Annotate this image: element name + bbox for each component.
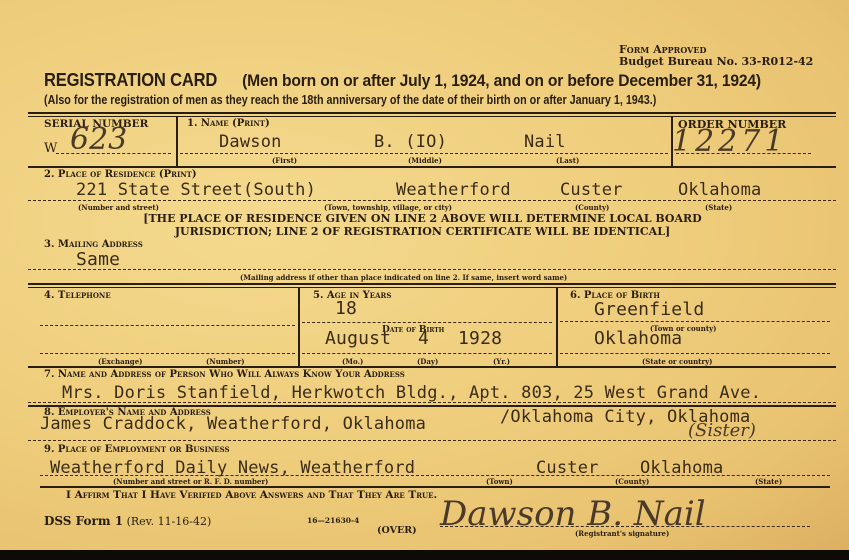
residence-line: [28, 200, 836, 201]
contact-person-label: 7. Name and Address of Person Who Will A…: [44, 369, 405, 380]
divider: [176, 116, 178, 166]
card-title-qualifier: (Men born on or after July 1, 1924, and …: [242, 71, 761, 90]
jurisdiction-notice-line1: [THE PLACE OF RESIDENCE GIVEN ON LINE 2 …: [100, 212, 745, 225]
rule: [40, 486, 830, 488]
dob-line: [302, 353, 552, 354]
caption-year: (Yr.): [493, 357, 510, 366]
employer-handwritten-note: (Sister): [688, 420, 756, 441]
registrant-signature: Dawson B. Nail: [440, 494, 706, 534]
dob-month: August: [325, 328, 391, 349]
residence-state: Oklahoma: [678, 180, 761, 200]
caption-street: (Number and street): [78, 203, 159, 212]
card-title-main: REGISTRATION CARD: [44, 70, 217, 90]
card-subtitle: (Also for the registration of men as the…: [44, 93, 656, 107]
caption-county: (County): [575, 203, 609, 212]
rule: [28, 166, 836, 168]
dob-year: 1928: [458, 328, 502, 349]
telephone-line-2: [40, 353, 295, 354]
caption-last: (Last): [556, 156, 579, 165]
contact-person-line: [28, 402, 836, 403]
name-line: [180, 153, 668, 154]
rule: [28, 366, 836, 368]
age-value: 18: [335, 298, 357, 319]
contact-person-value: Mrs. Doris Stanfield, Herkwotch Bldg., A…: [62, 383, 761, 403]
birthplace-state: Oklahoma: [594, 328, 682, 349]
name-last: Nail: [524, 132, 566, 152]
birthplace-town-line: [560, 321, 830, 322]
caption-emp-state: (State): [755, 477, 782, 486]
form-revision: (Rev. 11-16-42): [127, 515, 212, 528]
rule: [28, 287, 836, 288]
residence-county: Custer: [560, 180, 623, 200]
employment-place-label: 9. Place of Employment or Business: [44, 444, 230, 455]
caption-first: (First): [272, 156, 297, 165]
employer-value: James Craddock, Weatherford, Oklahoma: [40, 414, 426, 434]
caption-emp-town: (Town): [486, 477, 513, 486]
signature-caption: (Registrant's signature): [575, 529, 669, 538]
jurisdiction-notice-line2: JURISDICTION; LINE 2 OF REGISTRATION CER…: [100, 225, 745, 238]
rule: [28, 283, 836, 285]
birthplace-town: Greenfield: [594, 299, 704, 320]
caption-town: (Town, township, village, or city): [324, 203, 452, 212]
name-label: 1. Name (Print): [187, 118, 270, 129]
age-line: [302, 322, 552, 323]
order-line: [676, 153, 811, 154]
caption-number: (Number): [206, 357, 245, 366]
caption-middle: (Middle): [408, 156, 442, 165]
mailing-value: Same: [76, 249, 120, 270]
caption-month: (Mo.): [342, 357, 363, 366]
dob-day: 4: [418, 328, 429, 349]
caption-day: (Day): [417, 357, 438, 366]
mailing-line: [28, 269, 836, 270]
residence-label: 2. Place of Residence (Print): [44, 169, 197, 180]
divider: [298, 288, 300, 366]
caption-state: (State): [705, 203, 732, 212]
birthplace-state-line: [560, 353, 830, 354]
signature-line: [440, 526, 810, 527]
name-middle: B. (IO): [374, 132, 447, 152]
registration-card: Form Approved Budget Bureau No. 33-R012-…: [0, 0, 849, 550]
card-title: REGISTRATION CARD (Men born on or after …: [44, 70, 761, 91]
divider: [556, 288, 558, 366]
residence-town: Weatherford: [396, 180, 511, 200]
telephone-line-1: [40, 325, 295, 326]
jurisdiction-notice: [THE PLACE OF RESIDENCE GIVEN ON LINE 2 …: [100, 212, 745, 238]
telephone-label: 4. Telephone: [44, 290, 111, 301]
rule-top: [28, 112, 836, 114]
dob-label: Date of Birth: [382, 325, 444, 335]
form-id-block: DSS Form 1 (Rev. 11-16-42): [44, 514, 211, 528]
birthplace-state-caption: (State or country): [642, 357, 712, 366]
caption-exchange: (Exchange): [98, 357, 142, 366]
form-id: DSS Form 1: [44, 514, 123, 528]
residence-street: 221 State Street(South): [76, 180, 316, 200]
budget-bureau-number: Budget Bureau No. 33-R012-42: [619, 56, 813, 68]
caption-emp-county: (County): [615, 477, 649, 486]
caption-emp-street: (Number and street or R. F. D. number): [113, 477, 268, 486]
employment-place-line: [40, 475, 830, 476]
mailing-caption: (Mailing address if other than place ind…: [240, 273, 567, 282]
over-label: (OVER): [377, 525, 417, 536]
serial-number-value: 623: [70, 122, 127, 157]
affirmation-text: I Affirm That I Have Verified Above Answ…: [66, 489, 437, 501]
form-approved-block: Form Approved Budget Bureau No. 33-R012-…: [619, 44, 813, 68]
scan-edge: [0, 550, 849, 560]
rule-top-2: [28, 116, 836, 117]
employer-line: [28, 440, 836, 441]
print-code: 16—21630-4: [307, 516, 359, 525]
name-first: Dawson: [219, 132, 282, 152]
